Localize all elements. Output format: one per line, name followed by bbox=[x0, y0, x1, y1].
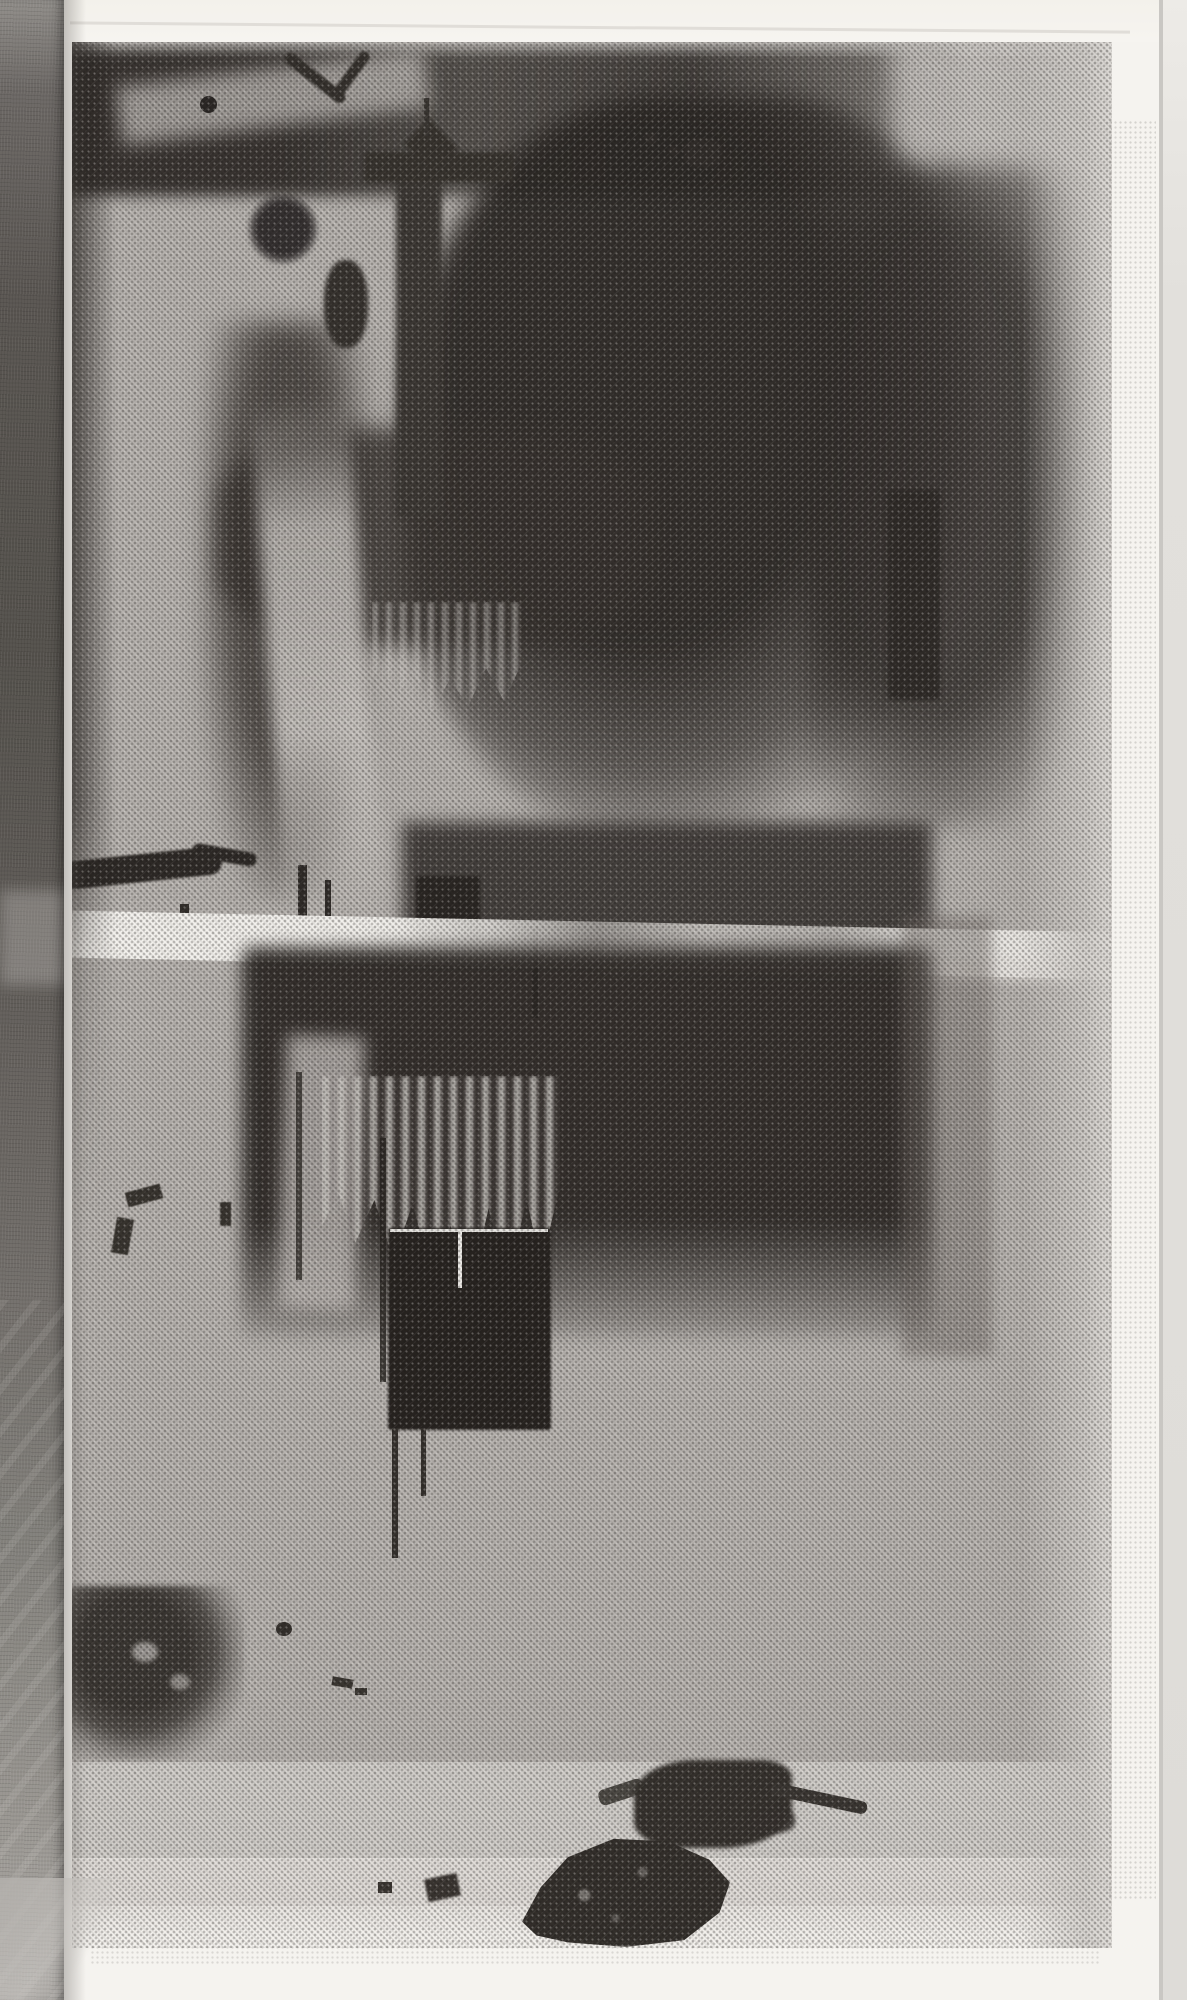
left-margin-mark bbox=[125, 1184, 164, 1208]
bottom-margin-speckle bbox=[90, 1940, 1100, 1966]
small-dot-upper-right-2 bbox=[668, 146, 680, 156]
speckled-gray-column bbox=[902, 916, 992, 1356]
small-dot-upper-right bbox=[644, 132, 658, 144]
thin-vertical-mark bbox=[424, 98, 429, 136]
dark-post bbox=[396, 172, 442, 517]
silhouette-small-mark-2 bbox=[378, 1882, 392, 1893]
tiny-mark-2 bbox=[355, 1688, 367, 1695]
solid-dark-block bbox=[388, 1228, 551, 1430]
drip-line bbox=[296, 1072, 302, 1280]
ink-blotch-upper-right bbox=[684, 138, 722, 168]
plate-right-fade bbox=[1022, 42, 1112, 1948]
left-margin-mark-3 bbox=[220, 1202, 231, 1226]
ink-dot bbox=[200, 96, 217, 113]
small-dot-bottom bbox=[276, 1622, 292, 1636]
drip-line-3 bbox=[392, 1428, 398, 1558]
tiny-mark bbox=[331, 1676, 353, 1689]
small-ink-blob bbox=[324, 260, 368, 348]
drip-line-4 bbox=[421, 1428, 426, 1496]
book-cloth-spine bbox=[0, 0, 64, 2000]
drip-line-2 bbox=[380, 1138, 386, 1382]
blob-highlight-hole-2 bbox=[170, 1674, 190, 1690]
silhouette-nub bbox=[748, 1808, 795, 1833]
white-cross-horizontal bbox=[390, 1229, 548, 1232]
blob-highlight-hole bbox=[132, 1642, 158, 1662]
spine-bottom-corner bbox=[0, 1878, 112, 2000]
right-margin-speckle bbox=[1108, 120, 1156, 1900]
page-top-margin bbox=[56, 0, 1162, 42]
halftone-artwork-plate bbox=[72, 42, 1112, 1948]
book-photo bbox=[0, 0, 1187, 2000]
spine-band-reflection bbox=[0, 890, 64, 985]
bottom-light-band bbox=[72, 1762, 1112, 1860]
silhouette-upper bbox=[634, 1760, 792, 1848]
solid-dark-bar bbox=[888, 490, 940, 700]
white-cross-vertical bbox=[458, 1230, 462, 1288]
dark-circle bbox=[248, 194, 318, 264]
backdrop bbox=[1163, 0, 1187, 2000]
